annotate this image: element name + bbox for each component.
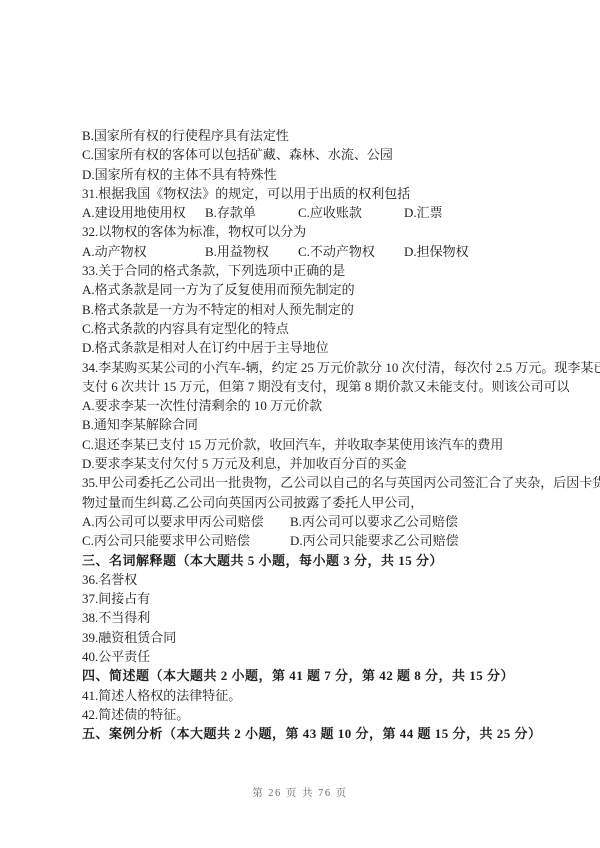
text-line: A.要求李某一次性付清剩余的 10 万元价款 [82, 396, 520, 415]
option-label: A.丙公司可以要求甲丙公司赔偿 [82, 512, 264, 531]
text-line: B.国家所有权的行使程序具有法定性 [82, 126, 520, 145]
text-line: B.通知李某解除合同 [82, 415, 520, 434]
text-line: A.格式条款是同一方为了反复使用而预先制定的 [82, 280, 520, 299]
text-line: 32.以物权的客体为标准，物权可以分为 [82, 222, 520, 241]
text-line: C.格式条款的内容具有定型化的特点 [82, 319, 520, 338]
options-row: A.动产物权B.用益物权C.不动产物权D.担保物权 [82, 242, 520, 261]
option-label: B.存款单 [205, 203, 256, 222]
text-line: C.退还李某已支付 15 万元价款，收回汽车，并收取李某使用该汽车的费用 [82, 435, 520, 454]
page-number-footer: 第 26 页 共 76 页 [0, 785, 600, 800]
text-line: B.格式条款是一方为不特定的相对人预先制定的 [82, 300, 520, 319]
option-label: D.丙公司只能要求乙公司赔偿 [290, 531, 459, 550]
text-line: 41.简述人格权的法律特征。 [82, 686, 520, 705]
option-label: B.用益物权 [205, 242, 269, 261]
option-label: D.担保物权 [404, 242, 469, 261]
options-row: C.丙公司只能要求甲公司赔偿D.丙公司只能要求乙公司赔偿 [82, 531, 520, 550]
text-line: C.国家所有权的客体可以包括矿藏、森林、水流、公园 [82, 145, 520, 164]
text-line: D.要求李某支付欠付 5 万元及利息，并加收百分百的买金 [82, 454, 520, 473]
exam-text-block: B.国家所有权的行使程序具有法定性C.国家所有权的客体可以包括矿藏、森林、水流、… [82, 126, 520, 744]
option-label: B.丙公司可以要求乙公司赔偿 [290, 512, 458, 531]
section-heading: 五、案例分析（本大题共 2 小题，第 43 题 10 分，第 44 题 15 分… [82, 724, 520, 743]
option-label: A.建设用地使用权 [82, 203, 186, 222]
option-label: C.丙公司只能要求甲公司赔偿 [82, 531, 250, 550]
options-row: A.丙公司可以要求甲丙公司赔偿B.丙公司可以要求乙公司赔偿 [82, 512, 520, 531]
text-line: 37.间接占有 [82, 589, 520, 608]
text-line: D.国家所有权的主体不具有特殊性 [82, 165, 520, 184]
option-label: C.应收账款 [298, 203, 362, 222]
section-heading: 四、简述题（本大题共 2 小题，第 41 题 7 分，第 42 题 8 分，共 … [82, 666, 520, 685]
text-line: 34.李某购买某公司的小汽车-辆，约定 25 万元价款分 10 次付清，每次付 … [82, 358, 520, 377]
options-row: A.建设用地使用权B.存款单C.应收账款D.汇票 [82, 203, 520, 222]
option-label: D.汇票 [404, 203, 443, 222]
option-label: A.动产物权 [82, 242, 147, 261]
text-line: 38.不当得利 [82, 608, 520, 627]
option-label: C.不动产物权 [298, 242, 375, 261]
text-line: 39.融资租赁合同 [82, 628, 520, 647]
text-line: 33.关于合同的格式条款，下列选项中正确的是 [82, 261, 520, 280]
text-line: 31.根据我国《物权法》的规定，可以用于出质的权利包括 [82, 184, 520, 203]
text-line: 42.简述债的特征。 [82, 705, 520, 724]
text-line: 36.名誉权 [82, 570, 520, 589]
text-line: 物过量而生纠葛.乙公司向英国丙公司披露了委托人甲公司， [82, 493, 520, 512]
text-line: D.格式条款是相对人在订约中居于主导地位 [82, 338, 520, 357]
text-line: 35.甲公司委托乙公司出一批贵物，乙公司以自己的名与英国丙公司签汇合了夹杂，后因… [82, 473, 520, 492]
section-heading: 三、名词解释题（本大题共 5 小题，每小题 3 分，共 15 分） [82, 551, 520, 570]
text-line: 40.公平责任 [82, 647, 520, 666]
document-page: B.国家所有权的行使程序具有法定性C.国家所有权的客体可以包括矿藏、森林、水流、… [0, 0, 600, 848]
text-line: 支付 6 次共计 15 万元，但第 7 期没有支付，现第 8 期价款又未能支付。… [82, 377, 520, 396]
